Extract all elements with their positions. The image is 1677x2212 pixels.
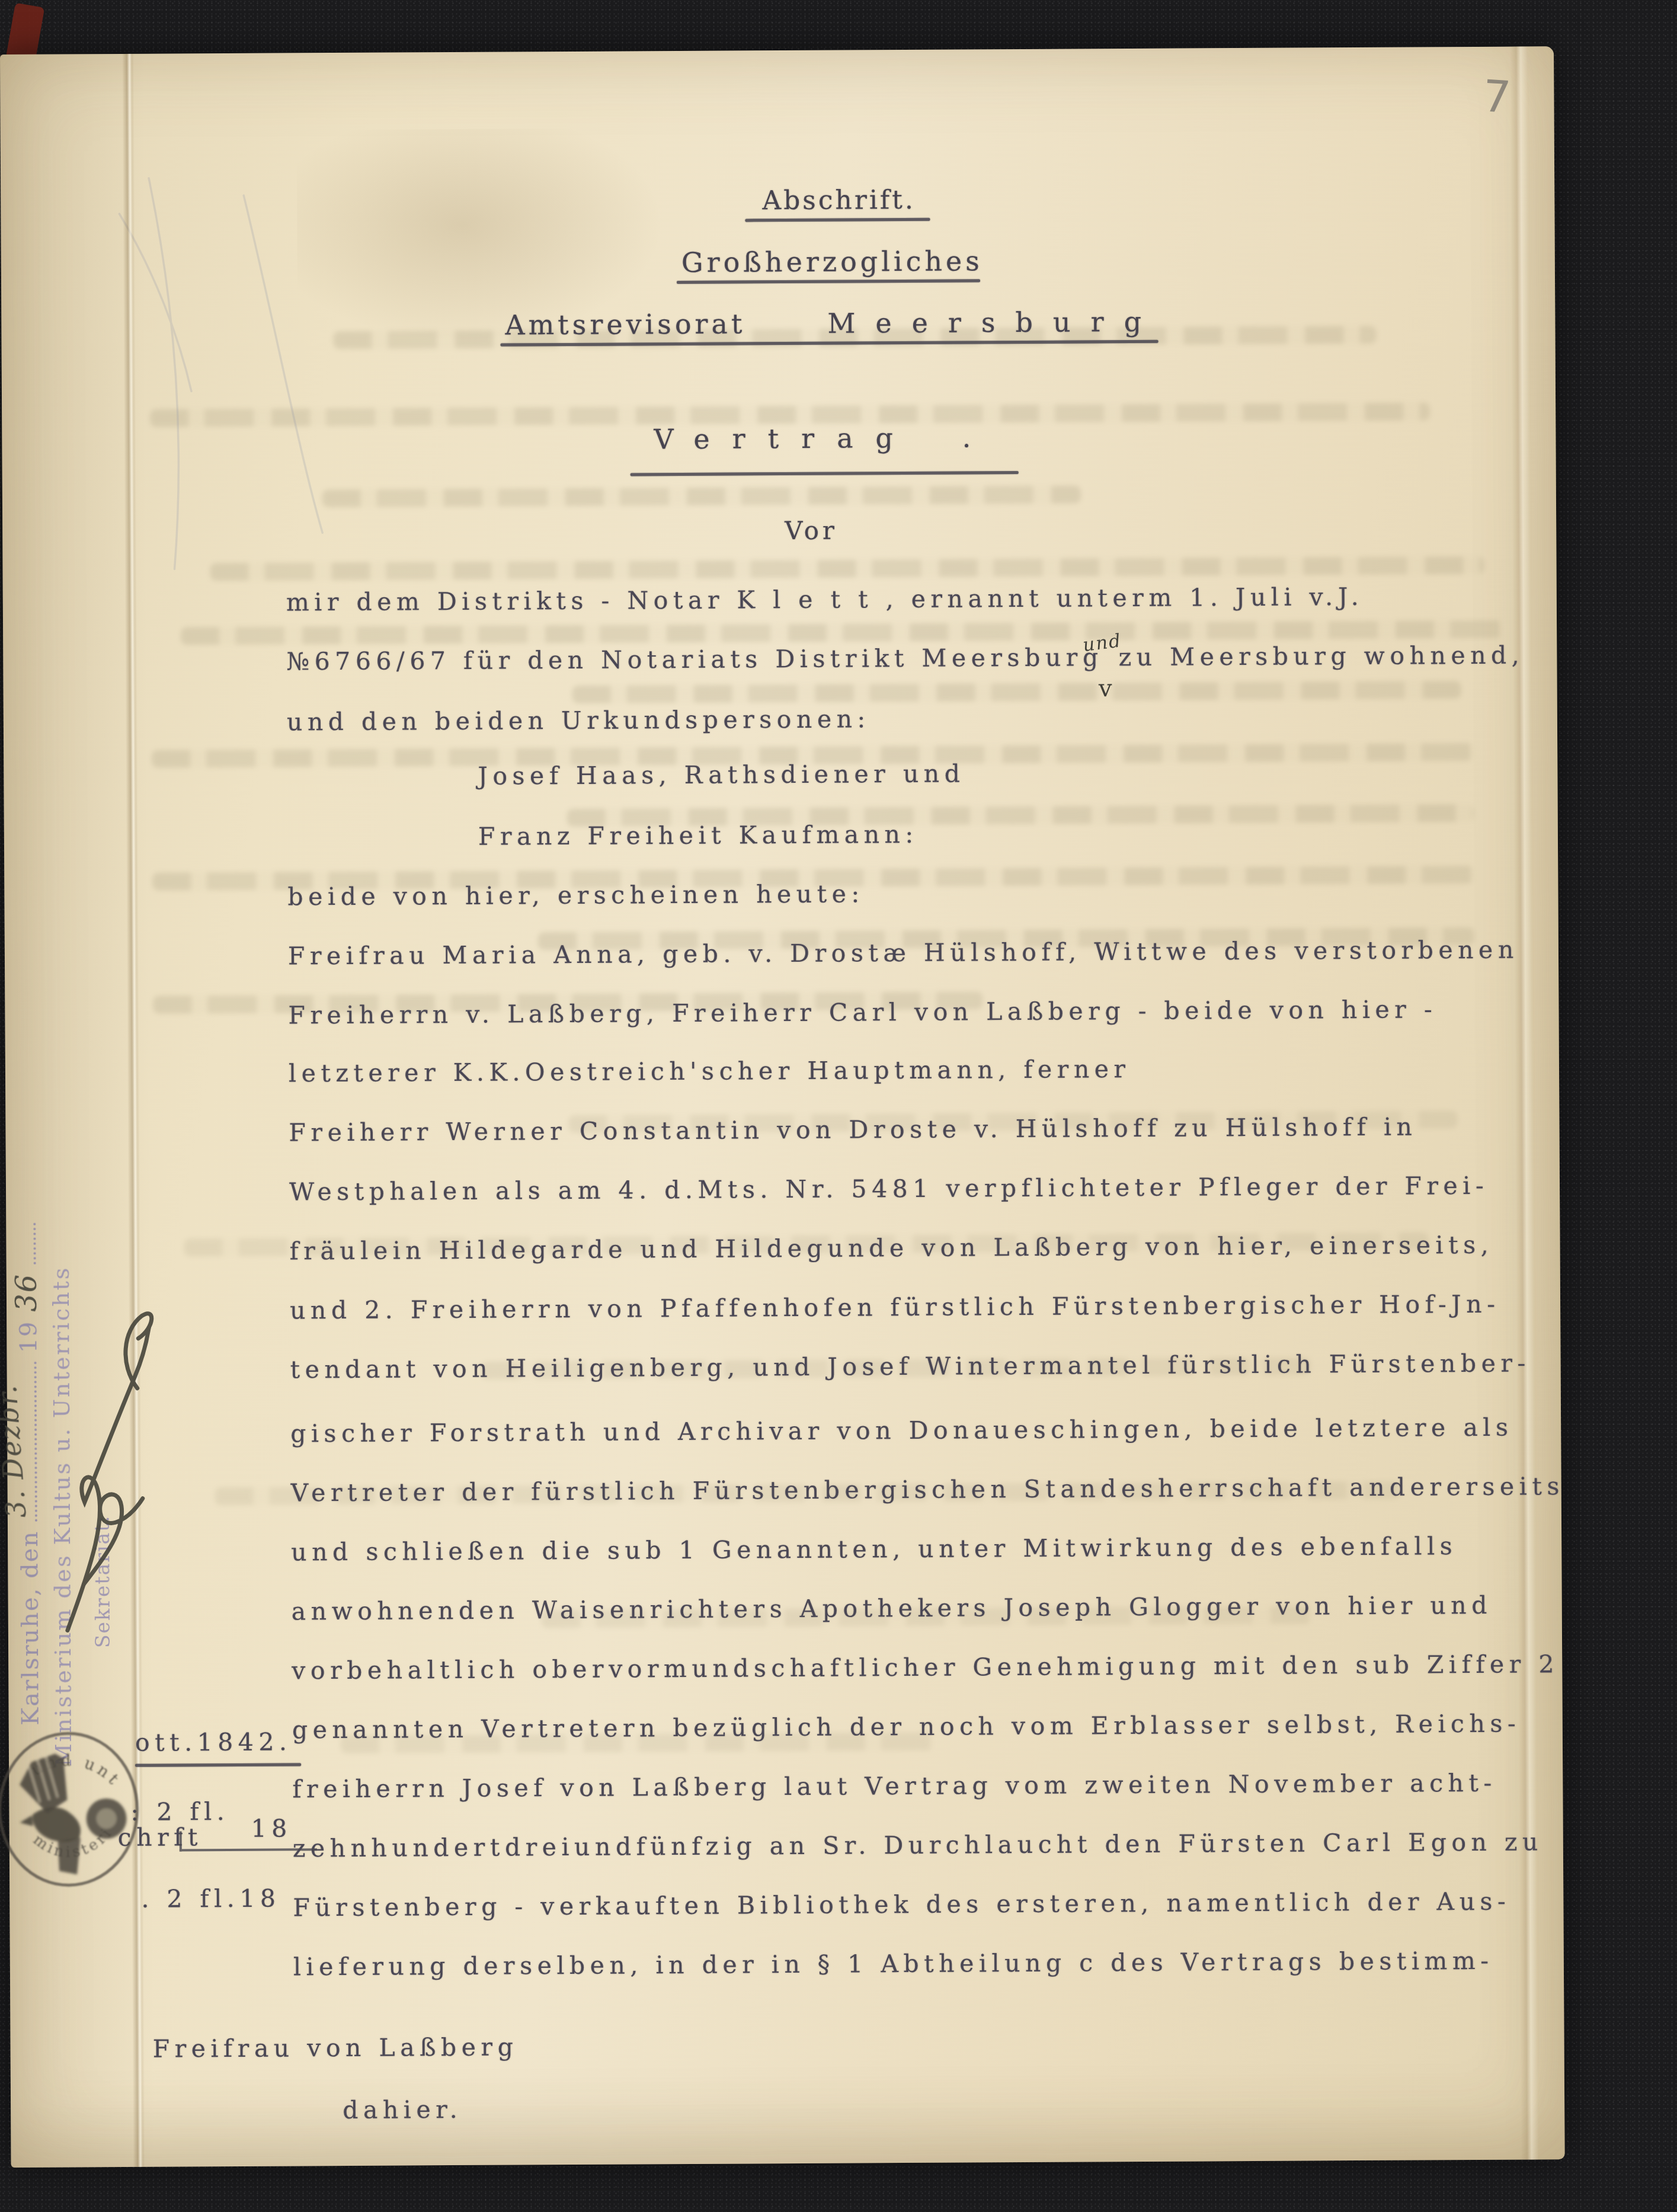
handwritten-date: 3. Dezbr. (0, 1384, 33, 1519)
body-line: und den beiden Urkundspersonen: (287, 705, 870, 736)
margin-note-fee-2: . 2 fl.18 (141, 1884, 280, 1913)
closing-line-dahier: dahier. (343, 2095, 462, 2124)
body-line: Freiherr Werner Constantin von Droste v.… (289, 1113, 1417, 1147)
body-line: №6766/67 für den Notariats Distrikt Meer… (286, 641, 1524, 676)
heading-meersburg: Meersburg (827, 306, 1161, 340)
body-line: lieferung derselben, in der in § 1 Abthe… (293, 1947, 1494, 1981)
heading-abschrift: Abschrift. (762, 185, 916, 216)
dotted-line (27, 1223, 36, 1265)
handwritten-year: 36 (10, 1273, 43, 1312)
body-line: Westphalen als am 4. d.Mts. Nr. 5481 ver… (289, 1171, 1489, 1206)
body-line: mir dem Distrikts - Notar K l e t t , er… (286, 582, 1364, 617)
body-line: Fürstenberg - verkauften Bibliothek des … (293, 1887, 1510, 1922)
body-line: beide von hier, erscheinen heute: (287, 879, 865, 911)
body-line: freiherrn Josef von Laßberg laut Vertrag… (292, 1769, 1497, 1804)
body-line: letzterer K.K.Oestreich'scher Hauptmann,… (289, 1055, 1131, 1087)
seal-arc-bottom-text: ministeri (30, 1823, 116, 1861)
date-stamp-prefix: Karlsruhe, den (16, 1531, 44, 1726)
underline (631, 471, 1019, 476)
body-line-part: №6766/67 für den Notariats Distrikt Meer… (286, 643, 1103, 676)
body-line-part: zu Meersburg wohnend, (1118, 641, 1524, 672)
insertion-caret-mark: v (1099, 675, 1117, 702)
closing-line-freifrau: Freifrau von Laßberg (153, 2032, 519, 2063)
heading-grossherzogliches: Großherzogliches (681, 245, 983, 278)
year-prefix: 19 (15, 1320, 42, 1353)
body-line: Freiherrn v. Laßberg, Freiherr Carl von … (288, 995, 1437, 1029)
body-line: fräulein Hildegarde und Hildegunde von L… (289, 1231, 1493, 1266)
body-line: Vertreter der fürstlich Fürstenbergische… (291, 1472, 1564, 1507)
underline (135, 1763, 301, 1766)
underline (677, 279, 980, 284)
insertion-und: und (1081, 630, 1123, 656)
ministry-stamp-line: Ministerium des Kultus u. Unterrichts (48, 1266, 76, 1767)
body-line: gischer Forstrath und Archivar von Donau… (290, 1413, 1513, 1448)
body-line: anwohnenden Waisenrichters Apothekers Jo… (292, 1591, 1492, 1626)
svg-text:ministeri: ministeri (30, 1823, 116, 1861)
body-line: Freifrau Maria Anna, geb. v. Drostæ Hüls… (288, 936, 1519, 971)
word-vor: Vor (785, 516, 838, 545)
underline (745, 218, 930, 222)
margin-bracket-line (180, 1830, 317, 1851)
body-line: und 2. Freiherrn von Pfaffenhofen fürstl… (290, 1290, 1500, 1325)
bleedthrough-line (181, 620, 1502, 645)
bleedthrough-line (322, 485, 1081, 507)
body-line: Josef Haas, Rathsdiener und (478, 759, 965, 790)
page-number-annotation: 7 (1481, 71, 1513, 123)
heading-amtsrevisorat: Amtsrevisorat (505, 308, 745, 341)
bleedthrough-line (572, 681, 1461, 703)
margin-note-1842: ott.1842. (135, 1727, 292, 1756)
body-line: genannten Vertretern bezüglich der noch … (292, 1710, 1521, 1744)
secretariat-stamp-line: Sekretariat: (91, 1515, 114, 1648)
body-line: Franz Freiheit Kaufmann: (478, 820, 918, 851)
heading-vertrag: Vertrag . (654, 421, 993, 455)
date-stamp-karlsruhe: Karlsruhe, den 3. Dezbr. 19 36 (9, 1223, 45, 1726)
bleedthrough-line (210, 556, 1484, 581)
eagle-icon (20, 1753, 127, 1875)
dotted-line: 3. Dezbr. (28, 1362, 37, 1522)
body-line: zehnhundertdreiundfünfzig an Sr. Durchla… (293, 1827, 1543, 1862)
photo-background: Abschrift. Großherzogliches Amtsrevisora… (0, 0, 1677, 2212)
body-line: tendant von Heiligenberg, und Josef Wint… (290, 1349, 1531, 1384)
body-line: vorbehaltlich obervormundschaftlicher Ge… (292, 1650, 1559, 1685)
document-page: Abschrift. Großherzogliches Amtsrevisora… (0, 46, 1565, 2168)
margin-note-fee-1: : 2 fl. (130, 1797, 229, 1826)
body-line: und schließen die sub 1 Genannten, unter… (291, 1532, 1457, 1566)
